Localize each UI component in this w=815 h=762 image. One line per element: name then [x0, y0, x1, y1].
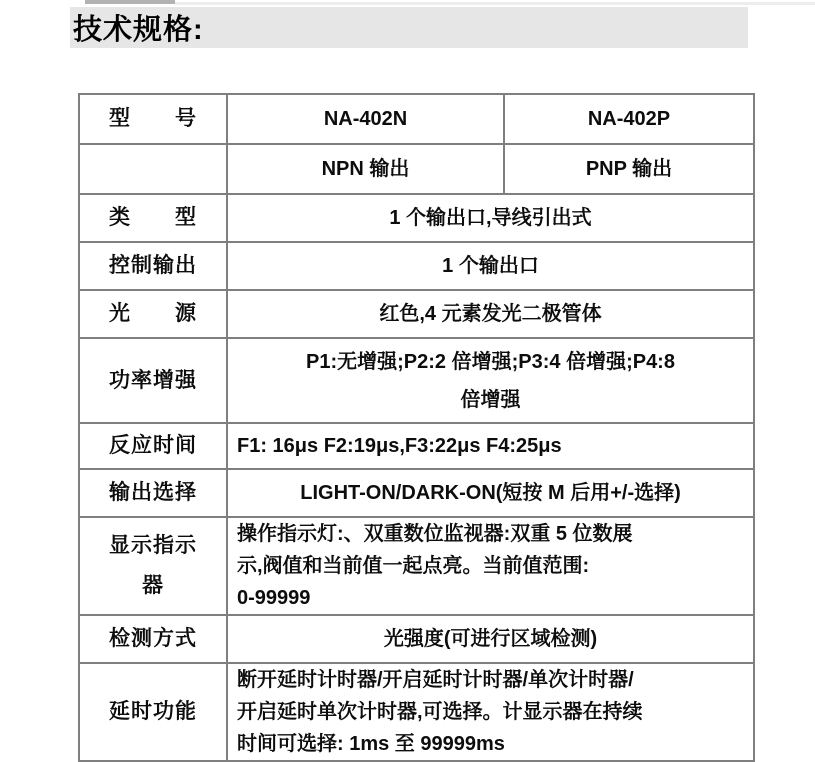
- power-boost-value: P1:无增强;P2:2 倍增强;P3:4 倍增强;P4:8 倍增强: [227, 338, 754, 423]
- table-row-light-source: 光 源 红色,4 元素发光二极管体: [79, 290, 754, 338]
- row-label-empty: [79, 144, 227, 194]
- section-title-band: 技术规格:: [70, 7, 748, 48]
- row-label-output-select: 输出选择: [79, 469, 227, 517]
- delay-function-value: 断开延时计时器/开启延时计时器/单次计时器/ 开启延时单次计时器,可选择。计显示…: [227, 663, 754, 761]
- section-title: 技术规格:: [70, 7, 204, 48]
- table-row-type: 类 型 1 个输出口,导线引出式: [79, 194, 754, 242]
- pnp-output-cell: PNP 输出: [504, 144, 754, 194]
- table-row-display-indicator: 显示指示 器 操作指示灯:、双重数位监视器:双重 5 位数展 示,阀值和当前值一…: [79, 517, 754, 615]
- table-row-output-type: NPN 输出 PNP 输出: [79, 144, 754, 194]
- table-row-control-output: 控制输出 1 个输出口: [79, 242, 754, 290]
- row-label-type: 类 型: [79, 194, 227, 242]
- row-label-response-time: 反应时间: [79, 423, 227, 469]
- model-p-cell: NA-402P: [504, 94, 754, 144]
- light-source-value: 红色,4 元素发光二极管体: [227, 290, 754, 338]
- page-top-fragment-dark: [85, 0, 175, 4]
- response-time-value: F1: 16μs F2:19μs,F3:22μs F4:25μs: [227, 423, 754, 469]
- display-indicator-value: 操作指示灯:、双重数位监视器:双重 5 位数展 示,阀值和当前值一起点亮。当前值…: [227, 517, 754, 615]
- table-row-detection-method: 检测方式 光强度(可进行区域检测): [79, 615, 754, 663]
- table-row-power-boost: 功率增强 P1:无增强;P2:2 倍增强;P3:4 倍增强;P4:8 倍增强: [79, 338, 754, 423]
- type-value: 1 个输出口,导线引出式: [227, 194, 754, 242]
- control-output-value: 1 个输出口: [227, 242, 754, 290]
- table-row-model: 型 号 NA-402N NA-402P: [79, 94, 754, 144]
- table-row-delay-function: 延时功能 断开延时计时器/开启延时计时器/单次计时器/ 开启延时单次计时器,可选…: [79, 663, 754, 761]
- npn-output-cell: NPN 输出: [227, 144, 504, 194]
- table-row-response-time: 反应时间 F1: 16μs F2:19μs,F3:22μs F4:25μs: [79, 423, 754, 469]
- spec-table: 型 号 NA-402N NA-402P NPN 输出 PNP 输出 类 型 1 …: [78, 93, 755, 762]
- row-label-detection-method: 检测方式: [79, 615, 227, 663]
- output-select-value: LIGHT-ON/DARK-ON(短按 M 后用+/-选择): [227, 469, 754, 517]
- table-row-output-select: 输出选择 LIGHT-ON/DARK-ON(短按 M 后用+/-选择): [79, 469, 754, 517]
- model-n-cell: NA-402N: [227, 94, 504, 144]
- row-label-display-indicator: 显示指示 器: [79, 517, 227, 615]
- row-label-model: 型 号: [79, 94, 227, 144]
- detection-method-value: 光强度(可进行区域检测): [227, 615, 754, 663]
- row-label-power-boost: 功率增强: [79, 338, 227, 423]
- row-label-control-output: 控制输出: [79, 242, 227, 290]
- row-label-delay-function: 延时功能: [79, 663, 227, 761]
- row-label-light-source: 光 源: [79, 290, 227, 338]
- page-top-fragment-light: [175, 2, 815, 5]
